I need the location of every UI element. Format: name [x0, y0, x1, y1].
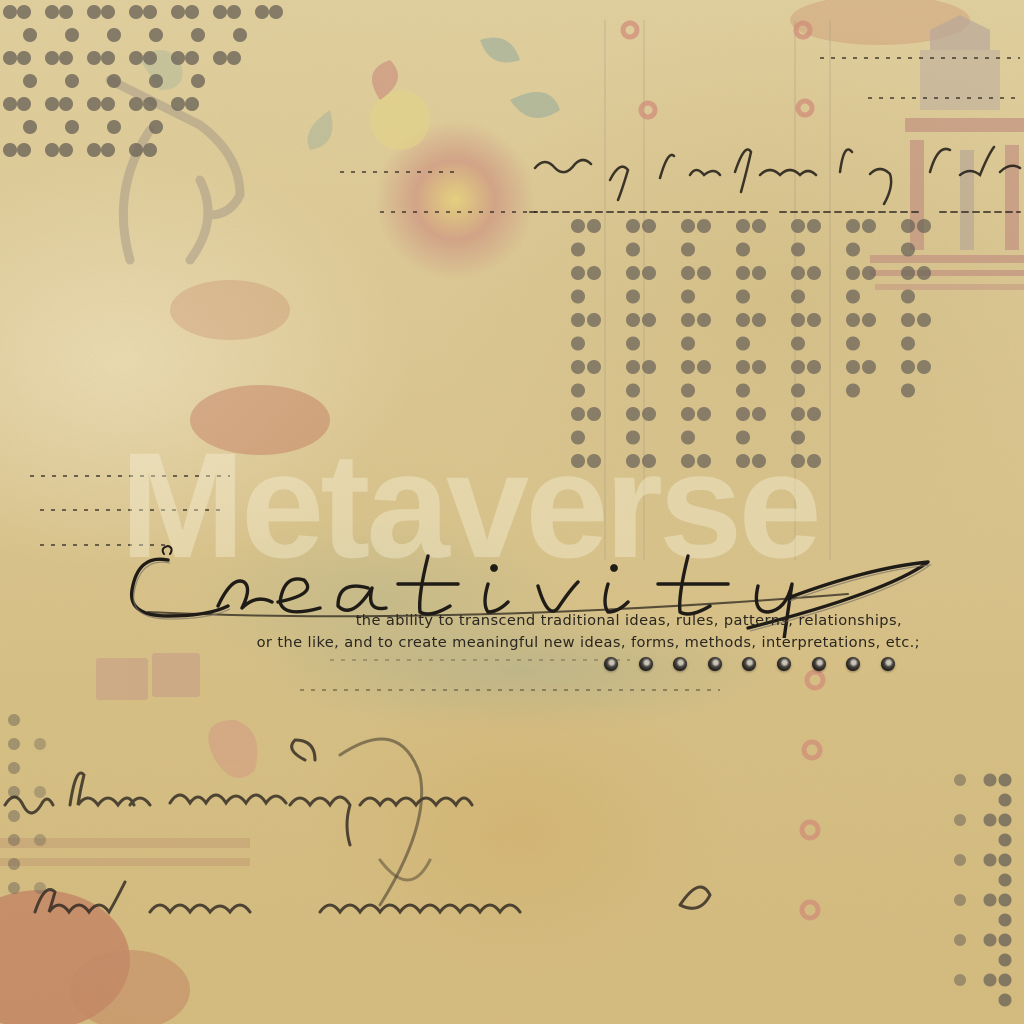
brad-icon: [639, 657, 653, 671]
brad-icon: [742, 657, 756, 671]
brad-icon: [812, 657, 826, 671]
brad-row: [604, 657, 895, 671]
definition-text: the ability to transcend traditional ide…: [100, 610, 920, 654]
definition-line-2: or the like, and to create meaningful ne…: [100, 632, 920, 654]
brad-icon: [673, 657, 687, 671]
brad-icon: [604, 657, 618, 671]
brad-icon: [846, 657, 860, 671]
brad-icon: [777, 657, 791, 671]
brad-icon: [881, 657, 895, 671]
scrapbook-paper: Metaverse Creativity: [0, 0, 1024, 1024]
definition-line-1: the ability to transcend traditional ide…: [100, 610, 920, 632]
brad-icon: [708, 657, 722, 671]
